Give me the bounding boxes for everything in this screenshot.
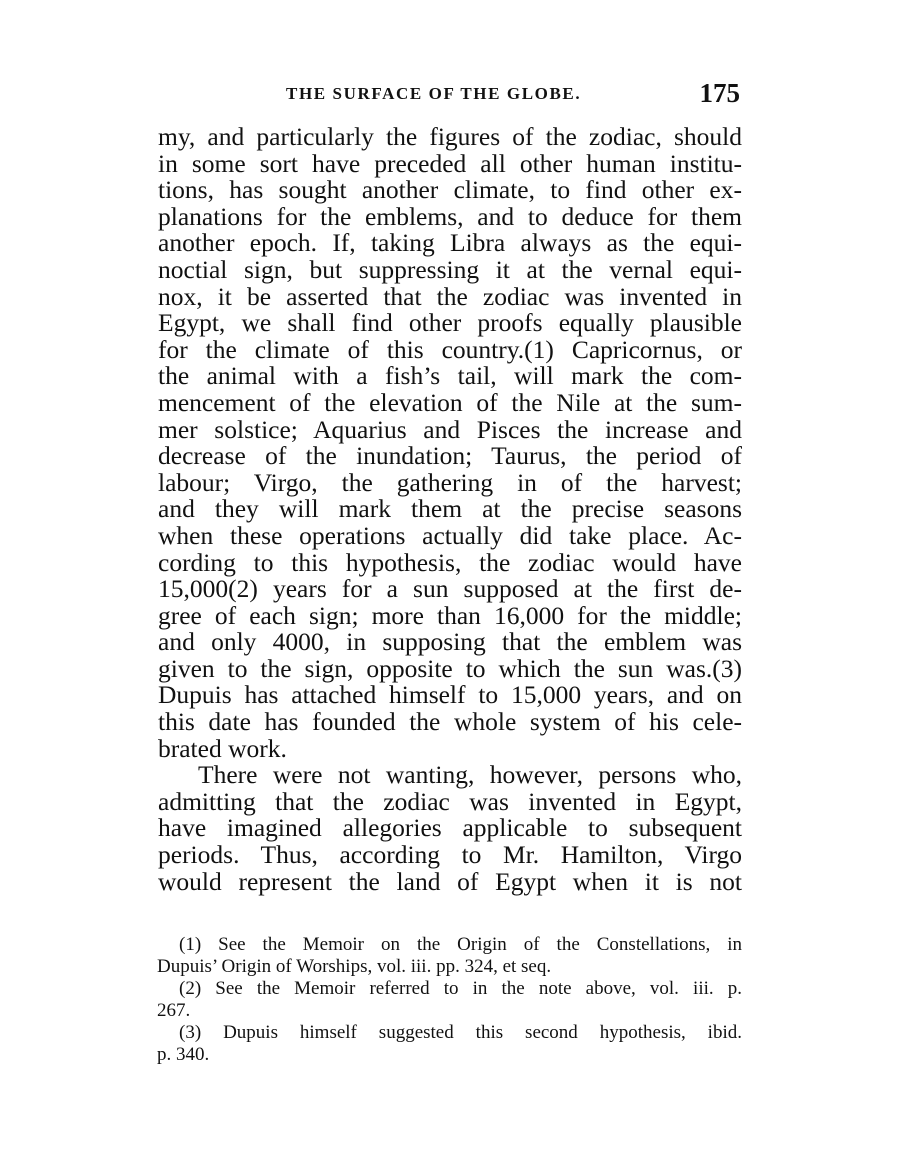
text-line: cording to this hypothesis, the zodiac w… [158, 550, 742, 577]
running-title: THE SURFACE OF THE GLOBE. [286, 84, 581, 104]
book-page: THE SURFACE OF THE GLOBE. 175 my, and pa… [0, 0, 900, 1150]
text-line: the animal with a fish’s tail, will mark… [158, 363, 742, 390]
text-line: tions, has sought another climate, to fi… [158, 177, 742, 204]
page-number: 175 [700, 78, 741, 109]
text-line: Dupuis has attached himself to 15,000 ye… [158, 682, 742, 709]
text-line: given to the sign, opposite to which the… [158, 656, 742, 683]
text-line: another epoch. If, taking Libra always a… [158, 230, 742, 257]
text-line: nox, it be asserted that the zodiac was … [158, 284, 742, 311]
paragraph-end-line: brated work. [158, 736, 742, 763]
page-header: THE SURFACE OF THE GLOBE. 175 [158, 78, 740, 112]
text-line: and only 4000, in supposing that the emb… [158, 629, 742, 656]
text-line: Egypt, we shall find other proofs equall… [158, 310, 742, 337]
text-line: in some sort have preceded all other hum… [158, 151, 742, 178]
text-line: noctial sign, but suppressing it at the … [158, 257, 742, 284]
text-line: when these operations actually did take … [158, 523, 742, 550]
text-line: labour; Virgo, the gathering in of the h… [158, 470, 742, 497]
text-line: 15,000(2) years for a sun supposed at th… [158, 576, 742, 603]
text-line: planations for the emblems, and to deduc… [158, 204, 742, 231]
text-line: gree of each sign; more than 16,000 for … [158, 603, 742, 630]
text-line: this date has founded the whole system o… [158, 709, 742, 736]
footnotes: (1) See the Memoir on the Origin of the … [157, 934, 742, 1066]
text-line: mencement of the elevation of the Nile a… [158, 390, 742, 417]
footnote-2-cont: 267. [157, 1000, 742, 1022]
footnote-2: (2) See the Memoir referred to in the no… [157, 978, 742, 1000]
footnote-3-cont: p. 340. [157, 1044, 742, 1066]
text-line: periods. Thus, according to Mr. Hamilton… [158, 842, 742, 869]
text-line: my, and particularly the figures of the … [158, 124, 742, 151]
footnote-1: (1) See the Memoir on the Origin of the … [157, 934, 742, 956]
text-line: and they will mark them at the precise s… [158, 496, 742, 523]
body-text: my, and particularly the figures of the … [158, 124, 742, 895]
text-line: decrease of the inundation; Taurus, the … [158, 443, 742, 470]
text-line: would represent the land of Egypt when i… [158, 869, 742, 896]
paragraph-start-line: There were not wanting, however, persons… [158, 762, 742, 789]
footnote-1-cont: Dupuis’ Origin of Worships, vol. iii. pp… [157, 956, 742, 978]
text-line: for the climate of this country.(1) Capr… [158, 337, 742, 364]
text-line: admitting that the zodiac was invented i… [158, 789, 742, 816]
footnote-3: (3) Dupuis himself suggested this second… [157, 1022, 742, 1044]
text-line: mer solstice; Aquarius and Pisces the in… [158, 417, 742, 444]
text-line: have imagined allegories applicable to s… [158, 815, 742, 842]
